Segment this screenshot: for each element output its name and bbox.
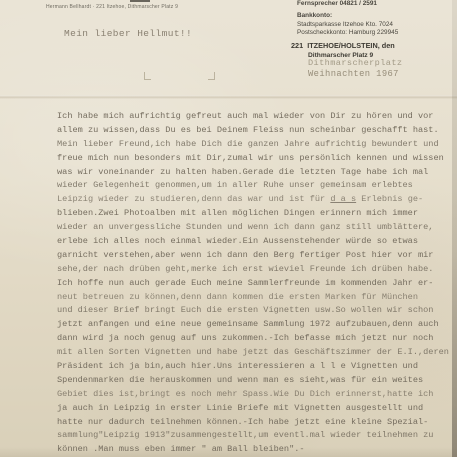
- letter-line: Präsident ich ja bin,auch hier.Uns inter…: [57, 360, 453, 374]
- letter-body: Ich habe mich aufrichtig gefreut auch ma…: [57, 110, 453, 457]
- letter-line: allem zu wissen,dass Du es bei Deinem Fl…: [57, 124, 453, 138]
- letter-page: Hermann Bellhardt · 221 Itzehoe, Dithmar…: [0, 0, 457, 457]
- bank-block: Bankkonto: Stadtsparkasse Itzehoe Kto. 7…: [297, 12, 398, 38]
- letter-line: Spendenmarken die herauskommen und wenn …: [57, 374, 453, 388]
- letter-line: sehe,der nach drüben geht,merke ich erst…: [57, 263, 453, 277]
- letter-line: Gebiet dies ist,bringt es noch mehr Spas…: [57, 388, 453, 402]
- fold-crease: [0, 95, 457, 99]
- letter-line: ja auch in Leipzig in erster Linie Brief…: [57, 402, 453, 416]
- page-right-edge-shadow: [452, 0, 457, 457]
- letter-line: sammlung"Leipzig 1913"zusammengestellt,u…: [57, 429, 453, 443]
- letter-line: wieder Gelegenheit genommen,um in aller …: [57, 179, 453, 193]
- bank-label: Bankkonto:: [297, 12, 398, 21]
- postal-account-line: Postscheckkonto: Hamburg 229945: [297, 29, 398, 38]
- letter-line: dann wird ja noch genug auf uns zukommen…: [57, 332, 453, 346]
- bank-account-line: Stadtsparkasse Itzehoe Kto. 7024: [297, 21, 398, 30]
- letter-line: Ich habe mich aufrichtig gefreut auch ma…: [57, 110, 453, 124]
- letter-line: jetzt anfangen und eine neue gemeinsame …: [57, 318, 453, 332]
- letter-line: Mein lieber Freund,ich habe Dich die gan…: [57, 138, 453, 152]
- letter-line: erlebe ich alles noch einmal wieder.Ein …: [57, 235, 453, 249]
- sender-line: Hermann Bellhardt · 221 Itzehoe, Dithmar…: [46, 4, 286, 10]
- underlined-text: d a s: [330, 194, 356, 204]
- page-bottom-shadow: [0, 447, 457, 457]
- letter-line: und dieser Brief bringt Euch die ersten …: [57, 304, 453, 318]
- city-line: ITZEHOE/HOLSTEIN, den: [307, 41, 395, 50]
- address-window-corner-left: [144, 72, 151, 80]
- letter-line: hatte nur dadurch teilnehmen können.-Ich…: [57, 416, 453, 430]
- letter-line: was wir voneinander zu halten haben.Gera…: [57, 166, 453, 180]
- address-window-corner-right: [208, 72, 215, 80]
- phone-line: Fernsprecher 04821 / 2591: [297, 0, 377, 7]
- letter-line: neut betreuen zu können,denn dann kommen…: [57, 291, 453, 305]
- letter-line: blieben.Zwei Photoalben mit allen möglic…: [57, 207, 453, 221]
- salutation: Mein lieber Hellmut!!: [64, 28, 192, 39]
- letter-line: mit allen Sorten Vignetten und habe jetz…: [57, 346, 453, 360]
- typed-place: Dithmarscherplatz: [308, 58, 402, 68]
- postal-code: 221: [291, 41, 303, 50]
- cutoff-logo-mark: [130, 0, 150, 2]
- letter-line: Leipzig wieder zu studieren,denn das war…: [57, 193, 453, 207]
- letter-line: garnicht verstehen,aber wenn ich dann de…: [57, 249, 453, 263]
- letter-line: Ich hoffe nun auch gerade Euch meine Sam…: [57, 277, 453, 291]
- typed-date: Weihnachten 1967: [308, 69, 399, 79]
- letter-line: freue mich nun besonders mit Dir,zumal w…: [57, 152, 453, 166]
- address-block: 221ITZEHOE/HOLSTEIN, den Dithmarscher Pl…: [291, 41, 395, 59]
- letter-line: wieder an unvergessliche Stunden und wen…: [57, 221, 453, 235]
